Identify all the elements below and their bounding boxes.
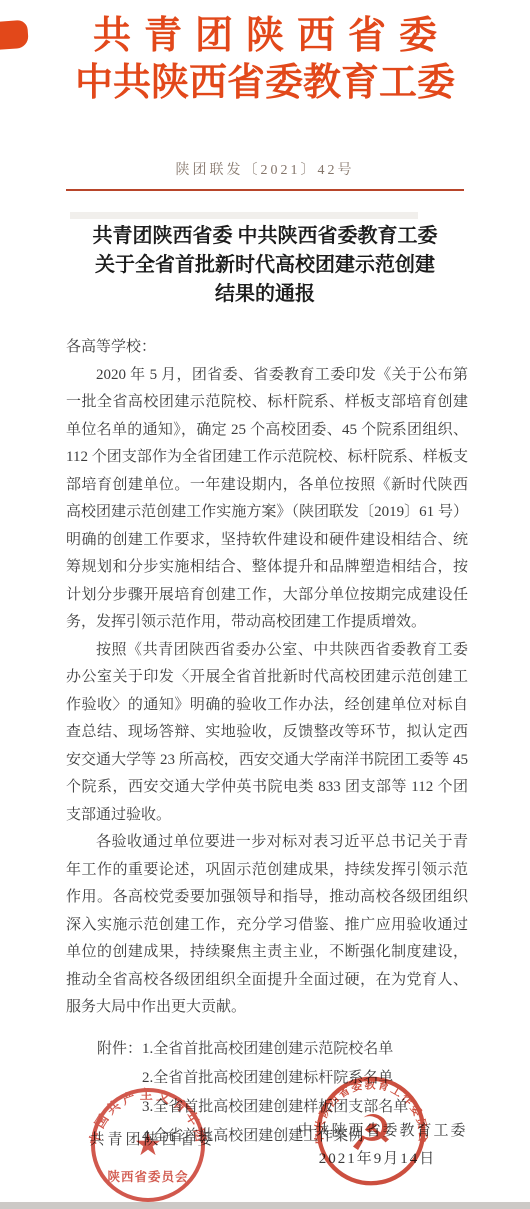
attachment-item-1: 1.全省首批高校团建创建示范院校名单 <box>142 1035 408 1064</box>
document-title: 共青团陕西省委 中共陕西省委教育工委 关于全省首批新时代高校团建示范创建 结果的… <box>0 222 530 309</box>
masthead: 共青团陕西省委 中共陕西省委教育工委 <box>0 0 530 107</box>
salutation: 各高等学校： <box>66 334 468 362</box>
masthead-line-2: 中共陕西省委教育工委 <box>0 60 530 107</box>
masthead-line-1: 共青团陕西省委 <box>0 12 530 60</box>
body-paragraph-2: 按照《共青团陕西省委办公室、中共陕西省委教育工委办公室关于印发〈开展全省首批新时… <box>66 637 468 830</box>
document-body: 各高等学校： 2020 年 5 月，团省委、省委教育工委印发《关于公布第一批全省… <box>66 334 468 1022</box>
document-title-line-3: 结果的通报 <box>0 280 530 309</box>
document-title-line-1: 共青团陕西省委 中共陕西省委教育工委 <box>0 222 530 251</box>
left-official-seal: 中国共产主义青年团 ★ 陕西省委员会 <box>88 1085 208 1205</box>
right-official-seal: 中共陕西省委教育工作委员会 ☭ <box>314 1074 428 1188</box>
hammer-sickle-icon: ☭ <box>349 1104 393 1162</box>
left-seal-bottom-text: 陕西省委员会 <box>107 1169 188 1184</box>
bottom-edge-strip <box>0 1202 530 1209</box>
document-page: 共青团陕西省委 中共陕西省委教育工委 陕团联发〔2021〕42号 共青团陕西省委… <box>0 0 530 1209</box>
document-title-line-2: 关于全省首批新时代高校团建示范创建 <box>0 251 530 280</box>
scan-artifact-band <box>70 212 418 219</box>
star-icon: ★ <box>134 1126 163 1162</box>
body-paragraph-1: 2020 年 5 月，团省委、省委教育工委印发《关于公布第一批全省高校团建示范院… <box>66 362 468 637</box>
red-divider-rule <box>66 189 464 191</box>
document-number: 陕团联发〔2021〕42号 <box>0 159 530 179</box>
body-paragraph-3: 各验收通过单位要进一步对标对表习近平总书记关于青年工作的重要论述，巩固示范创建成… <box>66 829 468 1022</box>
